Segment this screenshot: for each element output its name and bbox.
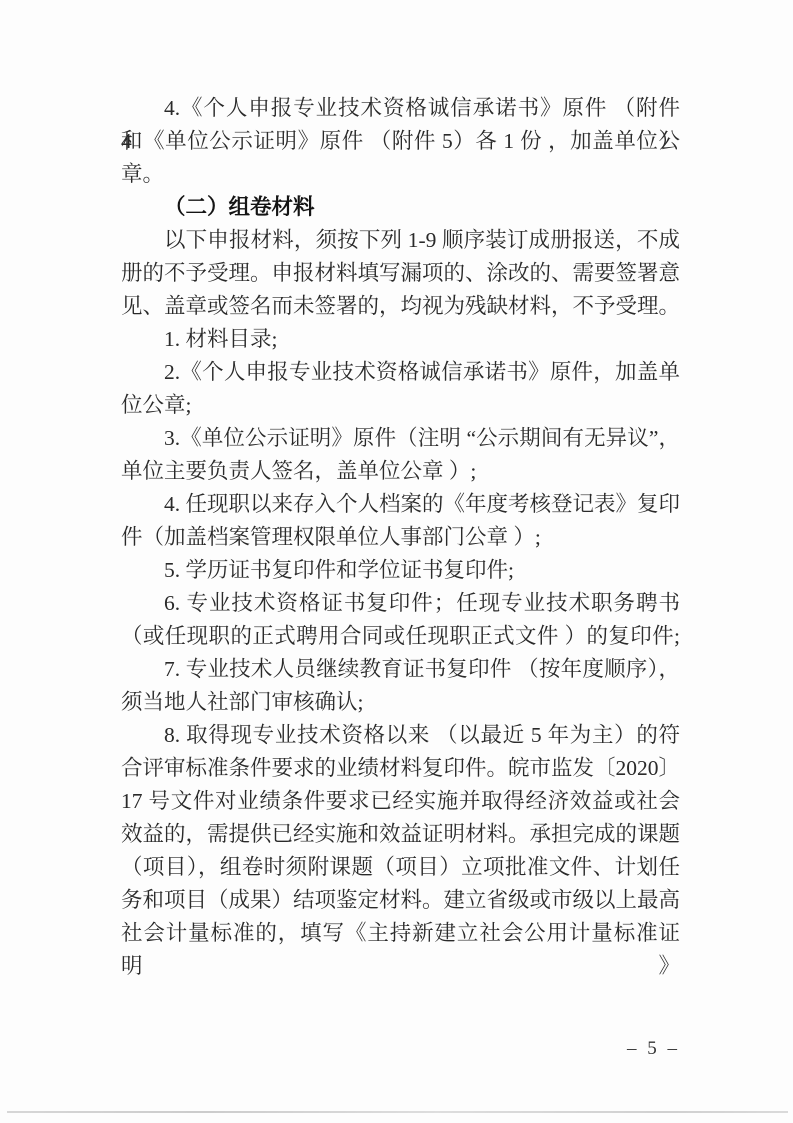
text-line: 和《单位公示证明》原件 （附件 5）各 1 份 ，加盖单位公	[121, 125, 680, 158]
text-line: 8. 取得现专业技术资格以来 （以最近 5 年为主）的符	[121, 719, 680, 752]
text-line: 须当地人社部门审核确认;	[121, 686, 680, 719]
text-line: 以下申报材料，须按下列 1-9 顺序装订成册报送，不成	[121, 224, 680, 257]
text-line: 合评审标准条件要求的业绩材料复印件。皖市监发〔2020〕	[121, 752, 680, 785]
text-line: 单位主要负责人签名，盖单位公章 ）;	[121, 455, 680, 488]
text-line: 2.《个人申报专业技术资格诚信承诺书》原件，加盖单	[121, 356, 680, 389]
page-number: – 5 –	[121, 1038, 680, 1060]
text-line: 6. 专业技术资格证书复印件；任现专业技术职务聘书	[121, 587, 680, 620]
text-line: （或任现职的正式聘用合同或任现职正式文件 ）的复印件;	[121, 620, 680, 653]
text-line: 册的不予受理。申报材料填写漏项的、涂改的、需要签署意	[121, 257, 680, 290]
text-line: 件（加盖档案管理权限单位人事部门公章 ）;	[121, 521, 680, 554]
text-line: 4. 任现职以来存入个人档案的《年度考核登记表》复印	[121, 488, 680, 521]
text-line: 章。	[121, 158, 680, 191]
text-line: 5. 学历证书复印件和学位证书复印件;	[121, 554, 680, 587]
text-line: （项目），组卷时须附课题（项目）立项批准文件、计划任	[121, 851, 680, 884]
document-page: 4.《个人申报专业技术资格诚信承诺书》原件 （附件 4）和《单位公示证明》原件 …	[0, 0, 793, 1123]
text-line: 位公章;	[121, 389, 680, 422]
text-line: 7. 专业技术人员继续教育证书复印件 （按年度顺序），	[121, 653, 680, 686]
text-line: 17 号文件对业绩条件要求已经实施并取得经济效益或社会	[121, 785, 680, 818]
text-line: 3.《单位公示证明》原件（注明 “公示期间有无异议”，	[121, 422, 680, 455]
document-body: 4.《个人申报专业技术资格诚信承诺书》原件 （附件 4）和《单位公示证明》原件 …	[121, 92, 680, 950]
scan-artifact-line	[7, 1111, 788, 1113]
section-heading: （二）组卷材料	[121, 191, 680, 224]
text-line: 社会计量标准的，填写《主持新建立社会公用计量标准证明》	[121, 917, 680, 950]
text-line: 4.《个人申报专业技术资格诚信承诺书》原件 （附件 4）	[121, 92, 680, 125]
text-line: 效益的，需提供已经实施和效益证明材料。承担完成的课题	[121, 818, 680, 851]
text-line: 1. 材料目录;	[121, 323, 680, 356]
text-line: 见、盖章或签名而未签署的，均视为残缺材料，不予受理。	[121, 290, 680, 323]
text-line: 务和项目（成果）结项鉴定材料。建立省级或市级以上最高	[121, 884, 680, 917]
